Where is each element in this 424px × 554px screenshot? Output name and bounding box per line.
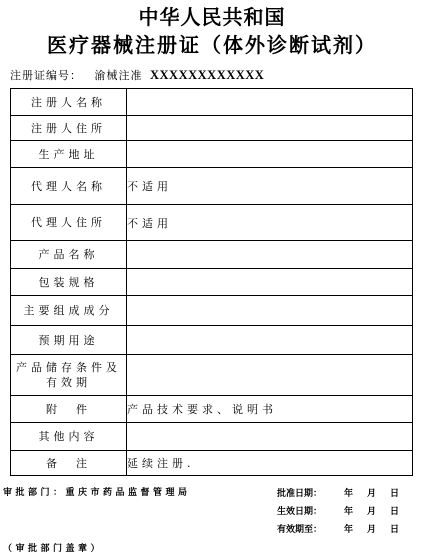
row-agent-name: 代理人名称 不适用 <box>11 168 413 205</box>
expiry-date-month: 月 <box>367 525 376 535</box>
row-product-name: 产品名称 <box>11 241 413 269</box>
expiry-date-line: 有效期至：年月日 <box>277 521 399 539</box>
page-subtitle: 医疗器械注册证（体外诊断试剂） <box>0 33 424 57</box>
registration-number-prefix: 渝械注准 <box>95 69 143 82</box>
date-lines: 批准日期：年月日 生效日期：年月日 有效期至：年月日 <box>277 485 399 539</box>
agent-address-value: 不适用 <box>127 205 413 241</box>
approval-date-month: 月 <box>367 489 376 499</box>
registrant-name-value <box>127 89 413 116</box>
row-packaging-spec: 包装规格 <box>11 269 413 296</box>
expiry-date-day: 日 <box>390 525 399 535</box>
agent-address-label: 代理人住所 <box>11 205 127 241</box>
row-intended-use: 预期用途 <box>11 326 413 355</box>
effective-date-label: 生效日期： <box>277 507 322 517</box>
production-address-value <box>127 141 413 168</box>
storage-validity-label: 产品储存条件及 有效期 <box>11 355 127 396</box>
row-registrant-address: 注册人住所 <box>11 116 413 141</box>
registrant-name-label: 注册人名称 <box>11 89 127 116</box>
agent-name-value: 不适用 <box>127 168 413 205</box>
intended-use-label: 预期用途 <box>11 326 127 355</box>
effective-date-day: 日 <box>390 507 399 517</box>
approval-date-day: 日 <box>390 489 399 499</box>
approval-date-label: 批准日期： <box>277 489 322 499</box>
effective-date-line: 生效日期：年月日 <box>277 503 399 521</box>
product-name-label: 产品名称 <box>11 241 127 269</box>
main-components-value <box>127 296 413 326</box>
certificate-page: 中华人民共和国 医疗器械注册证（体外诊断试剂） 注册证编号： 渝械注准 XXXX… <box>0 5 424 554</box>
remarks-label: 备 注 <box>11 451 127 476</box>
approval-date-year: 年 <box>344 489 353 499</box>
effective-date-year: 年 <box>344 507 353 517</box>
intended-use-value <box>127 326 413 355</box>
approval-date-line: 批准日期：年月日 <box>277 485 399 503</box>
packaging-spec-value <box>127 269 413 296</box>
other-content-label: 其他内容 <box>11 423 127 451</box>
effective-date-month: 月 <box>367 507 376 517</box>
row-other-content: 其他内容 <box>11 423 413 451</box>
seal-note: （审批部门盖章） <box>3 541 103 554</box>
row-storage-validity: 产品储存条件及 有效期 <box>11 355 413 396</box>
approval-department-line: 审批部门：重庆市药品监督管理局 <box>3 485 191 498</box>
approval-department-value: 重庆市药品监督管理局 <box>66 488 191 498</box>
registrant-address-label: 注册人住所 <box>11 116 127 141</box>
main-components-label: 主要组成成分 <box>11 296 127 326</box>
packaging-spec-label: 包装规格 <box>11 269 127 296</box>
attachments-label: 附 件 <box>11 396 127 423</box>
row-registrant-name: 注册人名称 <box>11 89 413 116</box>
certificate-table: 注册人名称 注册人住所 生产地址 代理人名称 不适用 代理人住所 不适用 产品名… <box>10 88 413 476</box>
agent-name-label: 代理人名称 <box>11 168 127 205</box>
approval-department-label: 审批部门： <box>3 488 66 498</box>
row-main-components: 主要组成成分 <box>11 296 413 326</box>
storage-validity-value <box>127 355 413 396</box>
production-address-label: 生产地址 <box>11 141 127 168</box>
row-remarks: 备 注 延续注册. <box>11 451 413 476</box>
registrant-address-value <box>127 116 413 141</box>
page-title: 中华人民共和国 <box>0 5 424 29</box>
row-attachments: 附 件 产品技术要求、说明书 <box>11 396 413 423</box>
registration-number-line: 注册证编号： 渝械注准 XXXXXXXXXXXX <box>10 68 424 83</box>
other-content-value <box>127 423 413 451</box>
footer: 审批部门：重庆市药品监督管理局 批准日期：年月日 生效日期：年月日 有效期至：年… <box>0 483 424 539</box>
registration-number-value: XXXXXXXXXXXX <box>150 68 264 82</box>
expiry-date-label: 有效期至： <box>277 525 322 535</box>
row-agent-address: 代理人住所 不适用 <box>11 205 413 241</box>
attachments-value: 产品技术要求、说明书 <box>127 396 413 423</box>
expiry-date-year: 年 <box>344 525 353 535</box>
registration-number-label: 注册证编号： <box>10 69 82 82</box>
product-name-value <box>127 241 413 269</box>
row-production-address: 生产地址 <box>11 141 413 168</box>
remarks-value: 延续注册. <box>127 451 413 476</box>
